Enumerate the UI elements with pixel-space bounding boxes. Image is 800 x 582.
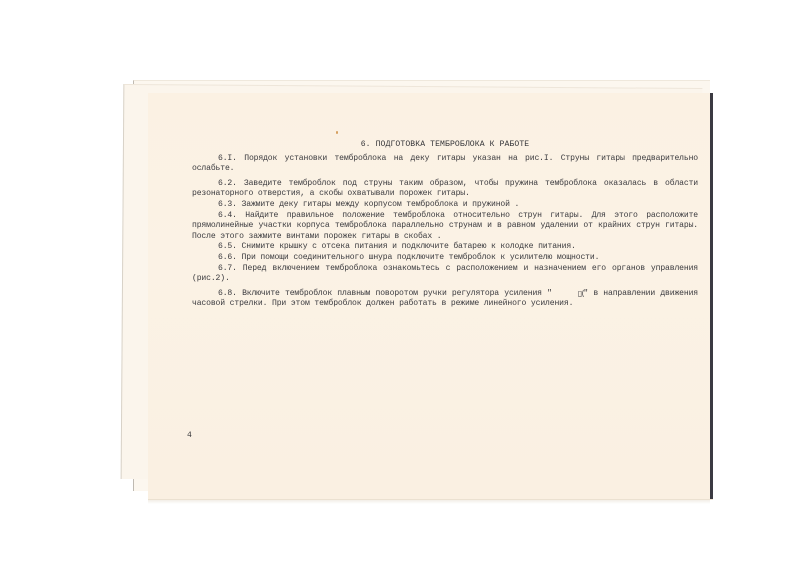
paragraph-6-6: 6.6. При помощи соединительного шнура по…	[192, 253, 698, 264]
paragraph-6-1: 6.I. Порядок установки темброблока на де…	[192, 154, 698, 175]
paragraph-6-7: 6.7. Перед включением темброблока ознако…	[192, 264, 698, 285]
paragraph-6-4: 6.4. Найдите правильное положение тембро…	[192, 211, 698, 243]
page-body: 6. ПОДГОТОВКА ТЕМБРОБЛОКА К РАБОТЕ 6.I. …	[192, 140, 698, 310]
paragraph-6-5: 6.5. Снимите крышку с отсека питания и п…	[192, 242, 698, 253]
section-title: 6. ПОДГОТОВКА ТЕМБРОБЛОКА К РАБОТЕ	[192, 140, 698, 151]
paragraph-6-8-text-before: 6.8. Включите темброблок плавным поворот…	[218, 289, 552, 298]
paper-blemish	[336, 131, 338, 134]
scan-scene: 6. ПОДГОТОВКА ТЕМБРОБЛОКА К РАБОТЕ 6.I. …	[0, 0, 800, 582]
speaker-icon: ▯⟨	[552, 290, 584, 298]
paragraph-6-3: 6.3. Зажмите деку гитары между корпусом …	[192, 200, 698, 211]
paragraph-6-8: 6.8. Включите темброблок плавным поворот…	[192, 289, 698, 310]
paragraph-6-2: 6.2. Заведите темброблок под струны таки…	[192, 179, 698, 200]
page-number: 4	[187, 431, 192, 440]
